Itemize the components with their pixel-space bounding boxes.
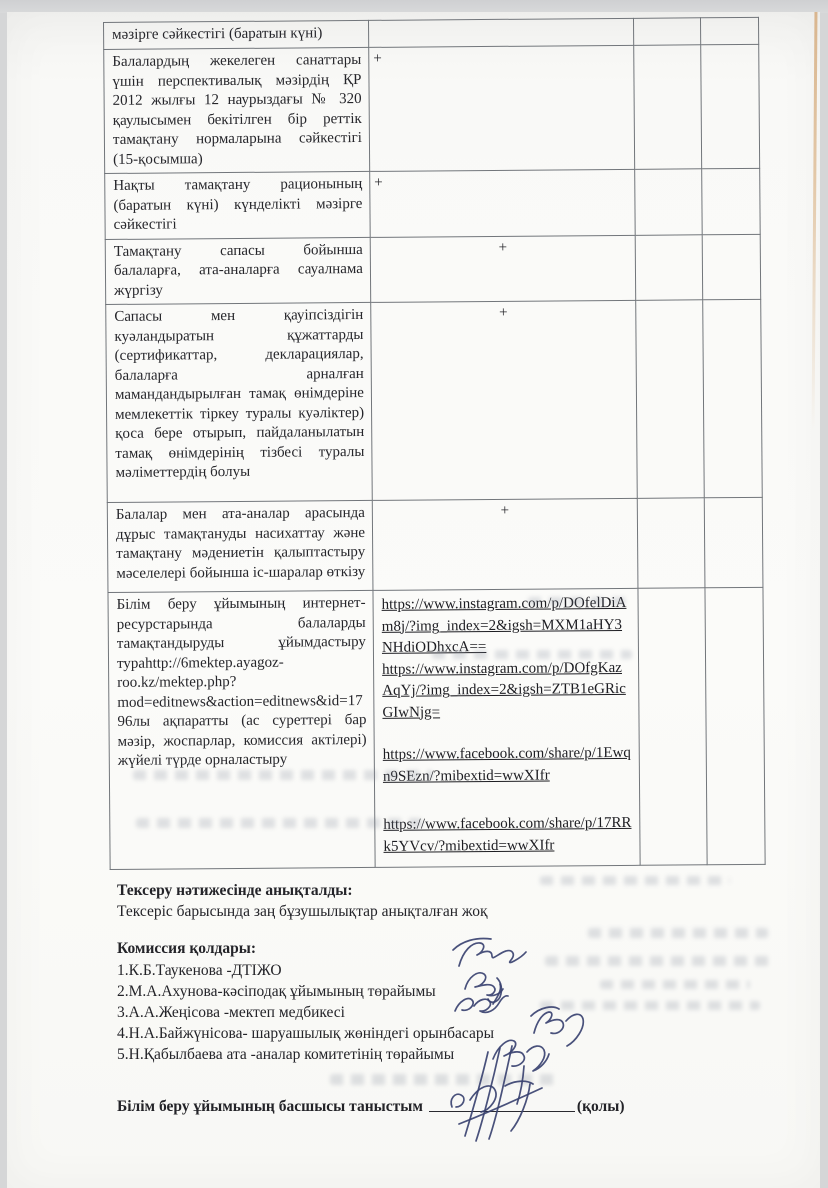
bleed-through-artifact bbox=[136, 818, 422, 828]
empty-cell bbox=[704, 497, 763, 587]
empty-cell bbox=[633, 18, 700, 46]
table-row: Нақты тамақтану рационының (баратын күні… bbox=[105, 168, 760, 239]
criteria-cell: Балалар мен ата-аналар арасында дұрыс та… bbox=[107, 500, 373, 592]
footer-label: Білім беру ұйымының басшысы таныстым bbox=[117, 1098, 423, 1115]
criteria-cell: Балалардың жекелеген санаттары үшін перс… bbox=[104, 47, 370, 173]
bleed-through-artifact bbox=[588, 928, 768, 938]
criteria-cell: мәзірге сәйкестігі (баратын күні) bbox=[104, 20, 369, 49]
criteria-cell: Сапасы мен қауіпсіздігін куәландыратын қ… bbox=[106, 302, 373, 502]
empty-cell bbox=[700, 17, 758, 44]
link-url: https://www.facebook.com/share/p/1Ewqn9S… bbox=[383, 743, 632, 788]
bleed-through-artifact bbox=[545, 956, 770, 966]
table-row: Балалар мен ата-аналар арасында дұрыс та… bbox=[107, 497, 763, 592]
mark-cell: + bbox=[371, 300, 638, 500]
mark-cell: + bbox=[369, 45, 635, 171]
paper-edge-shadow bbox=[812, 12, 818, 432]
bleed-through-artifact bbox=[528, 597, 628, 605]
link-url: https://www.instagram.com/p/DOfgKazAqYj/… bbox=[382, 657, 631, 723]
commission-member: 2.М.А.Ахунова-кәсіподақ ұйымының төрайым… bbox=[117, 981, 677, 1002]
inspection-table-body: мәзірге сәйкестігі (баратын күні)Балалар… bbox=[104, 17, 766, 869]
empty-cell bbox=[636, 300, 705, 499]
paper-sheet: мәзірге сәйкестігі (баратын күні)Балалар… bbox=[7, 12, 820, 1188]
bleed-through-artifact bbox=[432, 650, 632, 659]
table-row: Тамақтану сапасы бойынша балаларға, ата-… bbox=[105, 234, 760, 305]
criteria-cell: Нақты тамақтану рационының (баратын күні… bbox=[105, 171, 371, 239]
bleed-through-artifact bbox=[540, 1001, 760, 1010]
empty-cell bbox=[634, 45, 702, 170]
empty-cell bbox=[705, 587, 765, 864]
table-row: Сапасы мен қауіпсіздігін куәландыратын қ… bbox=[106, 299, 763, 502]
empty-cell bbox=[635, 169, 703, 235]
bleed-through-artifact bbox=[540, 876, 730, 885]
empty-cell bbox=[635, 234, 703, 300]
mark-cell bbox=[368, 18, 633, 47]
commission-member: 5.Н.Қабылбаева ата -аналар комитетінің т… bbox=[117, 1044, 677, 1065]
scanned-document-photo: мәзірге сәйкестігі (баратын күні)Балалар… bbox=[0, 0, 828, 1188]
bleed-through-artifact bbox=[133, 770, 433, 780]
mark-cell: + bbox=[370, 169, 636, 237]
inspection-table: мәзірге сәйкестігі (баратын күні)Балалар… bbox=[103, 17, 767, 870]
empty-cell bbox=[701, 44, 760, 168]
commission-list: 1.К.Б.Таукенова -ДТІЖО2.М.А.Ахунова-кәсі… bbox=[117, 960, 677, 1065]
empty-cell bbox=[702, 168, 761, 234]
signature-underline bbox=[429, 1110, 575, 1112]
results-section: Тексеру нәтижесінде анықталды: Тексеріс … bbox=[117, 881, 677, 922]
empty-cell bbox=[638, 588, 707, 866]
director-signature-line: Білім беру ұйымының басшысы таныстым(қол… bbox=[117, 1098, 757, 1116]
mark-cell: + bbox=[370, 235, 636, 303]
mark-cell: + bbox=[372, 498, 638, 590]
bleed-through-artifact bbox=[330, 1074, 560, 1085]
bleed-through-artifact bbox=[600, 980, 750, 989]
empty-cell bbox=[637, 498, 705, 589]
commission-member: 4.Н.А.Байжүнісова- шаруашылық жөніндегі … bbox=[117, 1023, 677, 1044]
results-text: Тексеріс барысында заң бұзушылықтар анық… bbox=[117, 902, 677, 922]
criteria-cell: Тамақтану сапасы бойынша балаларға, ата-… bbox=[105, 237, 371, 305]
empty-cell bbox=[702, 234, 761, 300]
footer-suffix: (қолы) bbox=[577, 1098, 625, 1115]
table-row: Балалардың жекелеген санаттары үшін перс… bbox=[104, 44, 760, 173]
empty-cell bbox=[703, 299, 763, 497]
